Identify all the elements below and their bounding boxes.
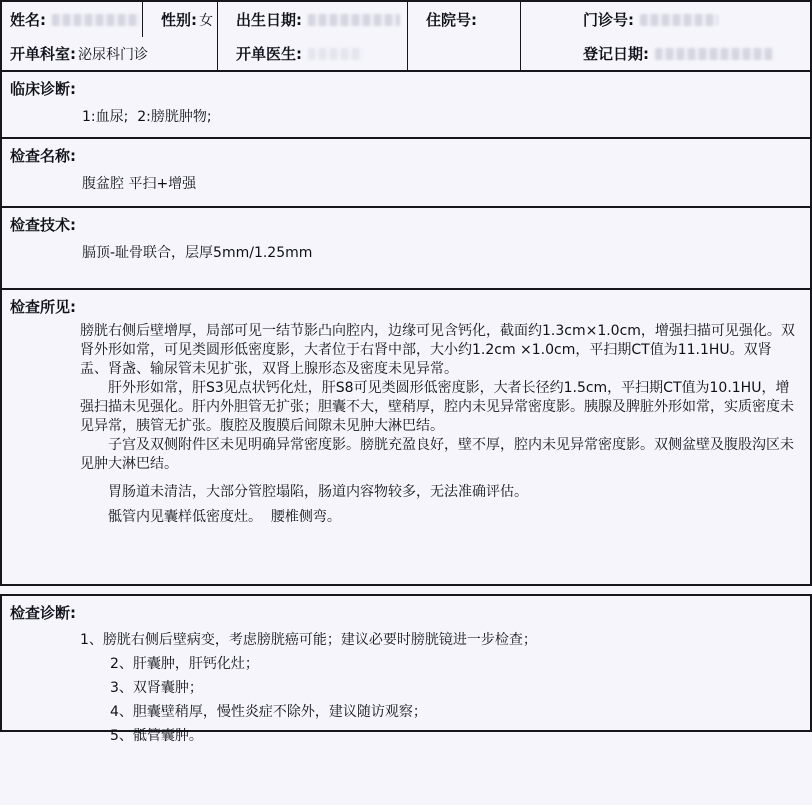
findings-paragraph: 胃肠道未清洁，大部分管腔塌陷，肠道内容物较多，无法准确评估。 (2, 483, 810, 502)
header-row-1: 姓名: 性别: 女 出生日期: 住院号: 门诊号: (2, 2, 810, 37)
diagnosis-item: 3、双肾囊肿； (2, 676, 810, 700)
ordering-doctor-value-redacted (308, 48, 363, 60)
exam-name-heading: 检查名称: (2, 139, 810, 166)
exam-technique-content: 膈顶-耻骨联合，层厚5mm/1.25mm (82, 242, 796, 262)
section-clinical-diagnosis: 临床诊断: 1:血尿; 2:膀胱肿物; (0, 70, 812, 139)
ordering-doctor-cell: 开单医生: (217, 37, 407, 70)
exam-technique-heading: 检查技术: (2, 208, 810, 235)
header-empty-cell (407, 37, 520, 70)
diagnosis-item: 1、膀胱右侧后壁病变，考虑膀胱癌可能；建议必要时膀胱镜进一步检查； (2, 628, 810, 652)
header-row-2: 开单科室: 泌尿科门诊 开单医生: 登记日期: (2, 37, 810, 70)
section-exam-diagnosis: 检查诊断: 1、膀胱右侧后壁病变，考虑膀胱癌可能；建议必要时膀胱镜进一步检查； … (0, 594, 812, 732)
ordering-department-cell: 开单科室: 泌尿科门诊 (2, 37, 217, 70)
outpatient-number-cell: 门诊号: (520, 2, 810, 37)
registration-date-value-redacted (655, 48, 773, 60)
gender-label: 性别: (161, 9, 197, 30)
registration-date-label: 登记日期: (583, 43, 649, 64)
exam-name-content: 腹盆腔 平扫+增强 (82, 173, 796, 193)
gender-value: 女 (199, 10, 213, 30)
name-value-redacted (52, 14, 140, 26)
ordering-department-value: 泌尿科门诊 (78, 44, 148, 64)
registration-date-cell: 登记日期: (520, 37, 810, 70)
diagnosis-item: 4、胆囊壁稍厚，慢性炎症不除外，建议随访观察； (2, 700, 810, 724)
section-exam-technique: 检查技术: 膈顶-耻骨联合，层厚5mm/1.25mm (0, 206, 812, 290)
findings-paragraph: 子宫及双侧附件区未见明确异常密度影。膀胱充盈良好，壁不厚，腔内未见异常密度影。双… (2, 436, 810, 474)
exam-findings-heading: 检查所见: (2, 290, 810, 317)
section-exam-name: 检查名称: 腹盆腔 平扫+增强 (0, 137, 812, 208)
findings-paragraph: 肝外形如常，肝S3见点状钙化灶，肝S8可见类圆形低密度影，大者长径约1.5cm，… (2, 379, 810, 436)
name-label: 姓名: (10, 9, 46, 30)
birthdate-cell: 出生日期: (217, 2, 407, 37)
section-exam-findings: 检查所见: 膀胱右侧后壁增厚，局部可见一结节影凸向腔内，边缘可见含钙化，截面约1… (0, 288, 812, 586)
ordering-department-label: 开单科室: (10, 43, 76, 64)
patient-header: 姓名: 性别: 女 出生日期: 住院号: 门诊号: 开单科室: 泌尿科门诊 (0, 0, 812, 72)
diagnosis-item: 2、肝囊肿，肝钙化灶； (2, 652, 810, 676)
clinical-diagnosis-heading: 临床诊断: (2, 72, 810, 99)
outpatient-number-value-redacted (640, 14, 718, 26)
birthdate-label: 出生日期: (236, 9, 302, 30)
medical-report-page: 姓名: 性别: 女 出生日期: 住院号: 门诊号: 开单科室: 泌尿科门诊 (0, 0, 812, 805)
exam-diagnosis-heading: 检查诊断: (2, 596, 810, 623)
name-cell: 姓名: (2, 2, 142, 37)
gender-cell: 性别: 女 (142, 2, 217, 37)
admission-number-label: 住院号: (426, 9, 477, 30)
findings-paragraph: 膀胱右侧后壁增厚，局部可见一结节影凸向腔内，边缘可见含钙化，截面约1.3cm×1… (2, 322, 810, 379)
ordering-doctor-label: 开单医生: (236, 43, 302, 64)
birthdate-value-redacted (308, 14, 400, 26)
section-gap (0, 586, 812, 594)
clinical-diagnosis-content: 1:血尿; 2:膀胱肿物; (82, 106, 796, 126)
admission-number-cell: 住院号: (407, 2, 520, 37)
outpatient-number-label: 门诊号: (583, 9, 634, 30)
diagnosis-item: 5、骶管囊肿。 (2, 724, 810, 748)
findings-paragraph: 骶管内见囊样低密度灶。 腰椎侧弯。 (2, 508, 810, 527)
